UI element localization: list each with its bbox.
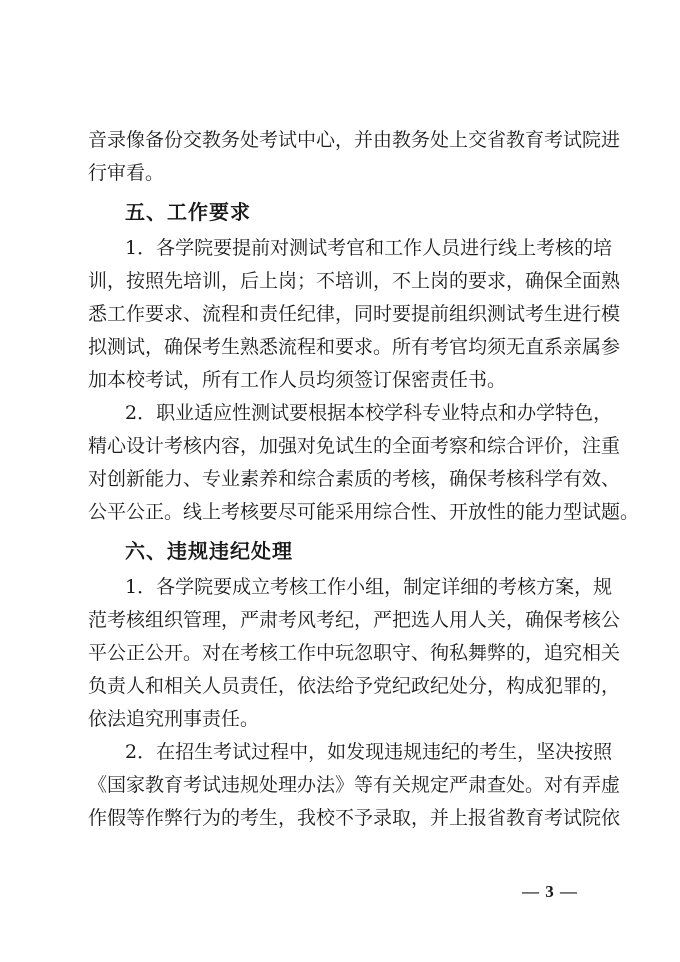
- paragraph-line: 依法追究刑事责任。: [88, 703, 594, 736]
- paragraph-line: 作假等作弊行为的考生，我校不予录取，并上报省教育考试院依: [88, 802, 594, 835]
- paragraph-line: 范考核组织管理，严肃考风考纪，严把选人用人关，确保考核公: [88, 604, 594, 637]
- paragraph-line: 2．职业适应性测试要根据本校学科专业特点和办学特色，: [88, 397, 594, 430]
- paragraph-line: 拟测试，确保考生熟悉流程和要求。所有考官均须无直系亲属参: [88, 331, 594, 364]
- paragraph-line: 1．各学院要提前对测试考官和工作人员进行线上考核的培: [88, 232, 594, 265]
- paragraph-line: 《国家教育考试违规处理办法》等有关规定严肃查处。对有弄虚: [88, 769, 594, 802]
- document-body: 音录像备份交教务处考试中心，并由教务处上交省教育考试院进 行审看。 五、工作要求…: [88, 124, 594, 835]
- paragraph-line: 训，按照先培训，后上岗；不培训，不上岗的要求，确保全面熟: [88, 265, 594, 298]
- paragraph-line: 加本校考试，所有工作人员均须签订保密责任书。: [88, 364, 594, 397]
- paragraph-line: 精心设计考核内容，加强对免试生的全面考察和综合评价，注重: [88, 430, 594, 463]
- page-number: — 3 —: [522, 882, 578, 902]
- paragraph-line: 公平公正。线上考核要尽可能采用综合性、开放性的能力型试题。: [88, 496, 594, 529]
- paragraph-line: 对创新能力、专业素养和综合素质的考核，确保考核科学有效、: [88, 463, 594, 496]
- paragraph-line: 负责人和相关人员责任，依法给予党纪政纪处分，构成犯罪的，: [88, 670, 594, 703]
- paragraph-line: 2．在招生考试过程中，如发现违规违纪的考生，坚决按照: [88, 736, 594, 769]
- paragraph-line: 行审看。: [88, 157, 594, 190]
- section-heading-work-requirements: 五、工作要求: [88, 192, 594, 232]
- paragraph-line: 音录像备份交教务处考试中心，并由教务处上交省教育考试院进: [88, 124, 594, 157]
- section-heading-violations: 六、违规违纪处理: [88, 531, 594, 571]
- paragraph-line: 悉工作要求、流程和责任纪律，同时要提前组织测试考生进行模: [88, 298, 594, 331]
- paragraph-line: 1．各学院要成立考核工作小组，制定详细的考核方案，规: [88, 571, 594, 604]
- document-page: 音录像备份交教务处考试中心，并由教务处上交省教育考试院进 行审看。 五、工作要求…: [0, 0, 680, 962]
- paragraph-line: 平公正公开。对在考核工作中玩忽职守、徇私舞弊的，追究相关: [88, 637, 594, 670]
